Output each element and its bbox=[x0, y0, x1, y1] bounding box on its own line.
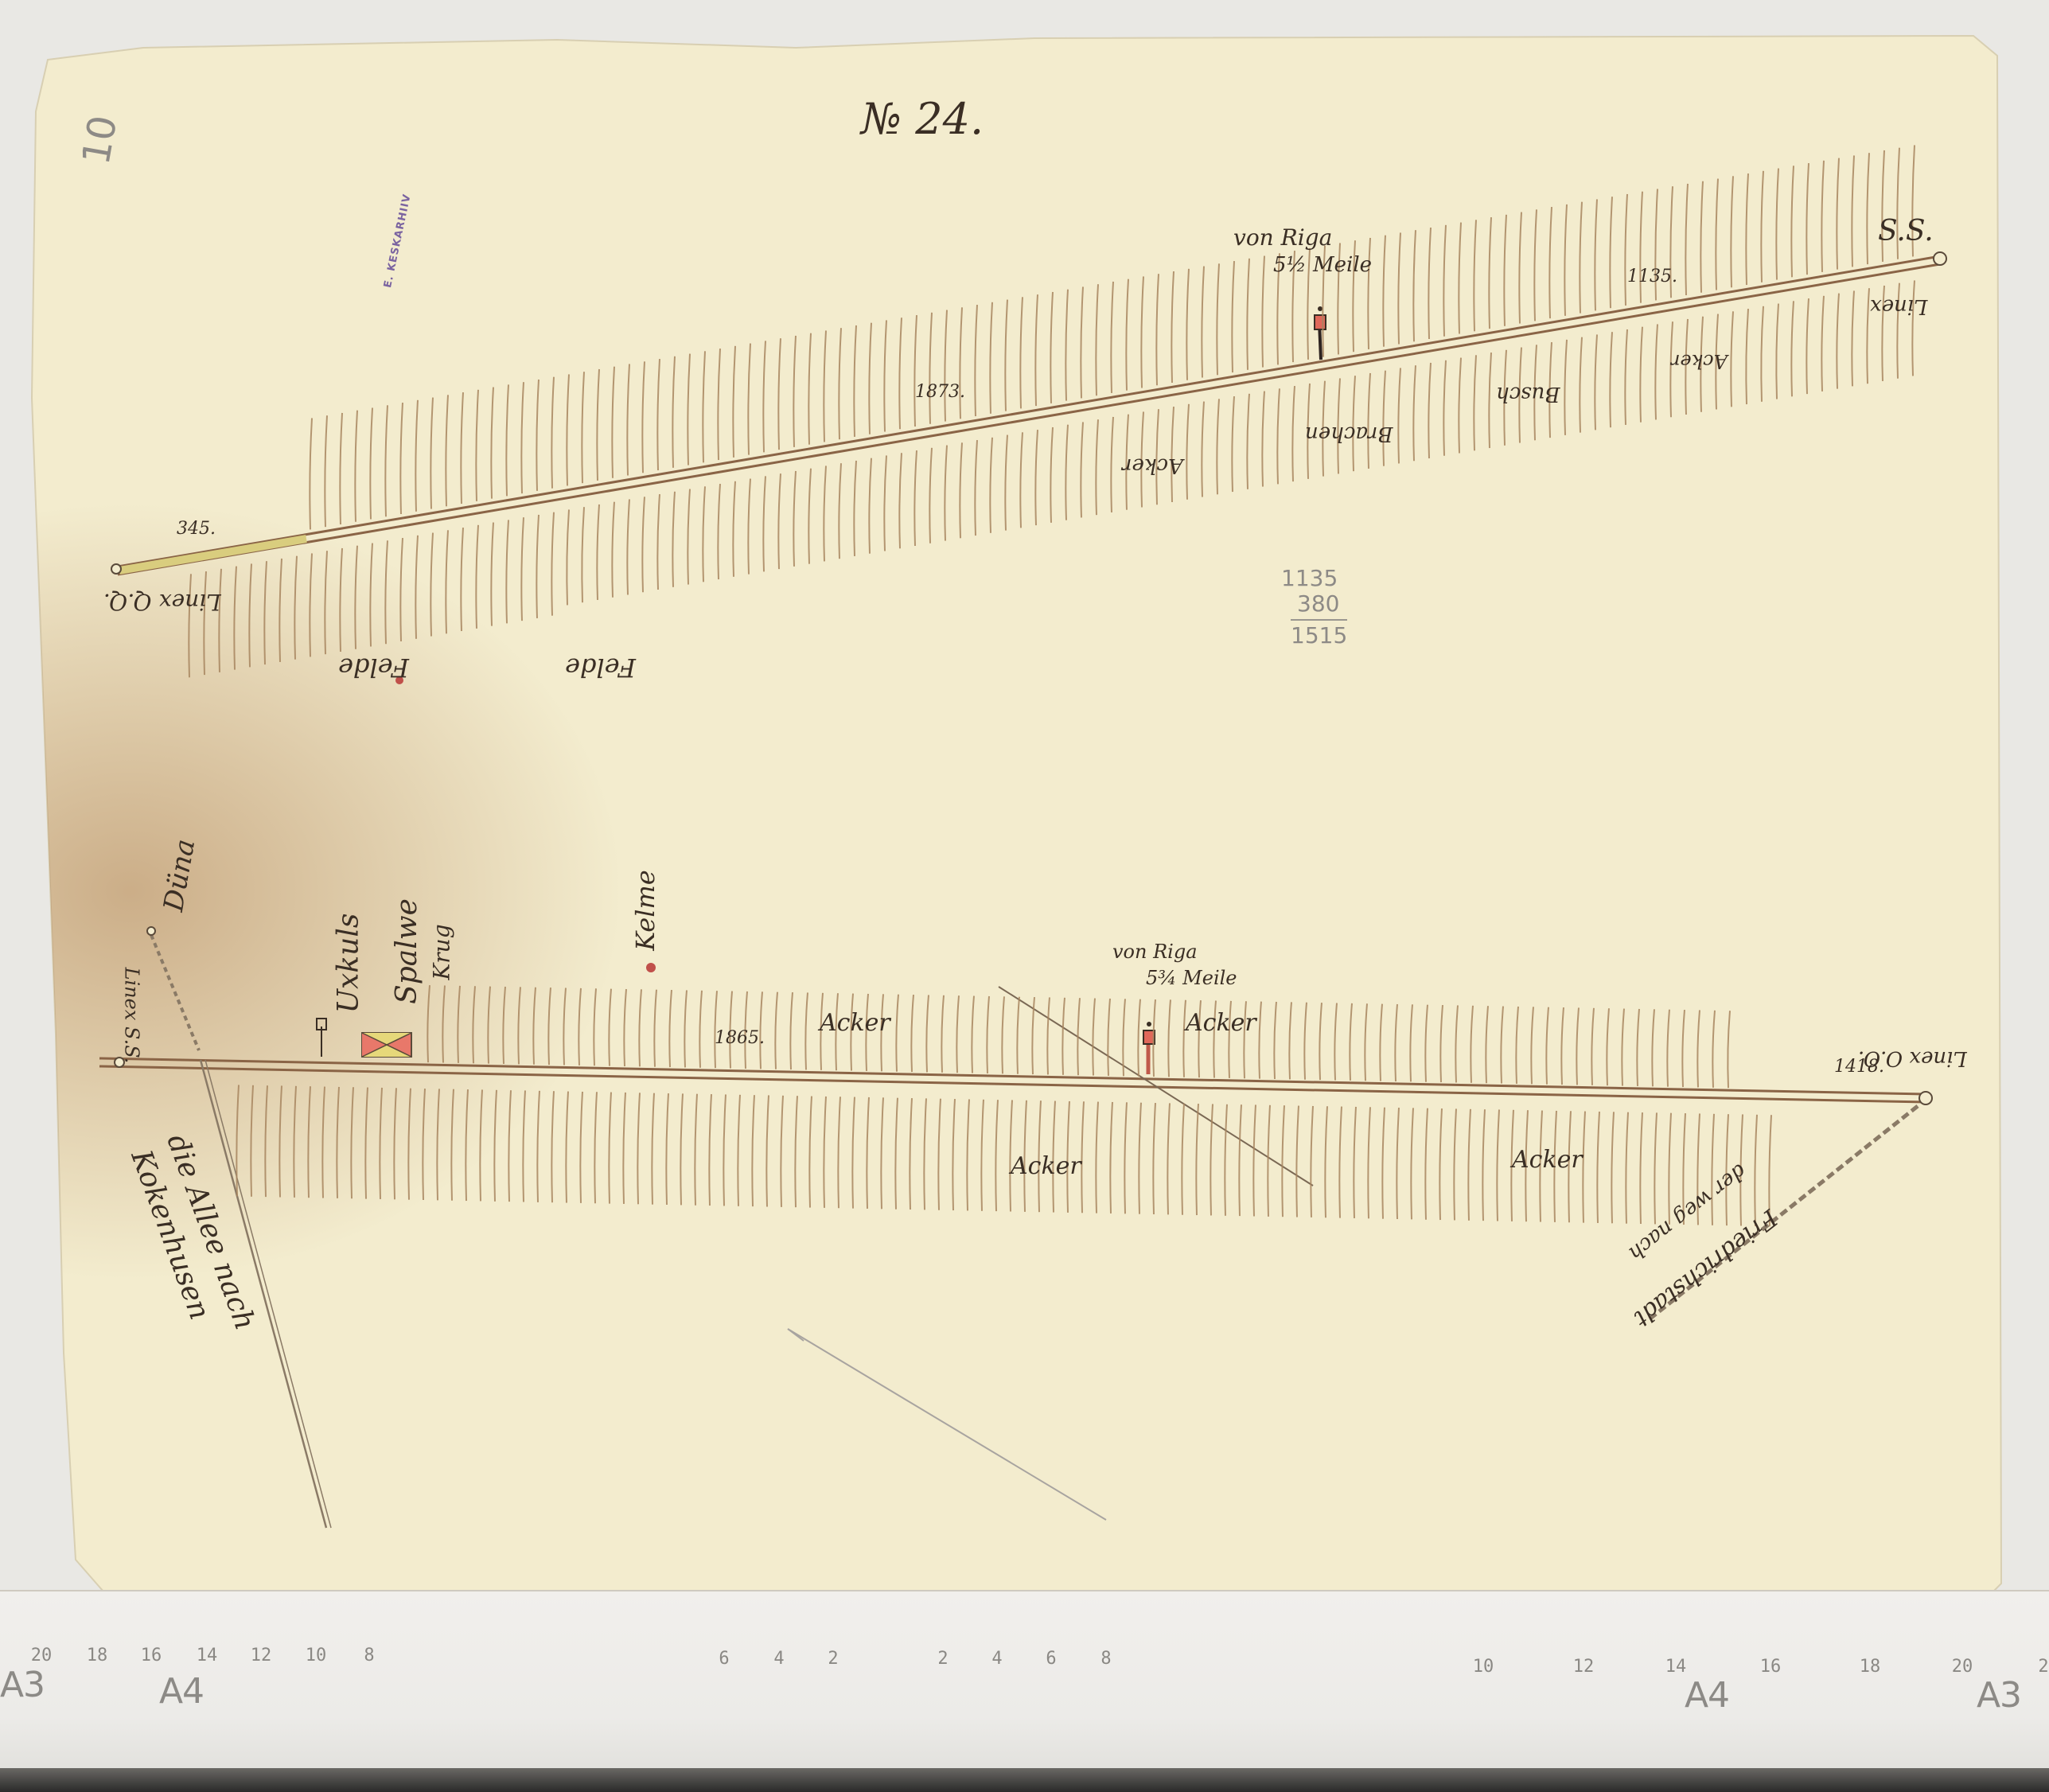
ruler-tick-label: 6 bbox=[719, 1649, 729, 1669]
upper-distance-end: 1135. bbox=[1627, 267, 1677, 286]
ruler-tick-label: 14 bbox=[197, 1646, 218, 1665]
lower-milestone-label-1: von Riga bbox=[1112, 941, 1198, 963]
ruler-tick-label: 2 bbox=[2038, 1657, 2048, 1677]
ruler-tick-label: 6 bbox=[1046, 1649, 1056, 1669]
ruler-tick-label: 18 bbox=[87, 1646, 108, 1665]
place-kelme: Kelme bbox=[630, 870, 660, 951]
lower-milestone-label-2: 5¾ Meile bbox=[1146, 967, 1237, 989]
manuscript-map bbox=[0, 0, 2049, 1792]
upper-milestone-label-2: 5½ Meile bbox=[1273, 253, 1372, 277]
upper-end-label: S.S. bbox=[1878, 215, 1934, 247]
ruler-tick-label: 20 bbox=[31, 1646, 53, 1665]
ruler-tick-label: 2 bbox=[937, 1649, 948, 1669]
ruler-tick-label: 16 bbox=[1760, 1657, 1782, 1677]
upper-side-label-2: Felde bbox=[565, 653, 636, 683]
lower-field-label-2: Acker bbox=[1186, 1009, 1256, 1037]
ruler-tick-label: 8 bbox=[364, 1646, 374, 1665]
ruler-tick-label: 12 bbox=[251, 1646, 272, 1665]
lower-field-label-4: Acker bbox=[1512, 1146, 1583, 1174]
scanner-edge bbox=[0, 1768, 2049, 1792]
upper-start-label: Linex Q.Q. bbox=[103, 589, 221, 615]
upper-milestone-label-1: von Riga bbox=[1233, 224, 1332, 251]
pencil-sum-line2: 380 bbox=[1297, 590, 1339, 617]
ruler-tick-label: 4 bbox=[773, 1649, 784, 1669]
ruler-tick-label: 16 bbox=[141, 1646, 162, 1665]
lower-distance-start: 1865. bbox=[715, 1028, 765, 1048]
ruler-tick-label: 14 bbox=[1665, 1657, 1687, 1677]
ruler-format-a3-left: A3 bbox=[0, 1665, 45, 1705]
ruler-tick-label: 2 bbox=[828, 1649, 838, 1669]
upper-side-label-1: Felde bbox=[338, 653, 409, 683]
ruler-tick-label: 8 bbox=[1100, 1649, 1111, 1669]
archive-page-number: 10 bbox=[74, 112, 127, 168]
upper-distance-mid: 1873. bbox=[915, 382, 965, 402]
kelme-point-icon bbox=[646, 963, 656, 972]
ruler-tick-label: 20 bbox=[1952, 1657, 1973, 1677]
ruler-tick-label: 18 bbox=[1860, 1657, 1881, 1677]
ruler-format-a3-right: A3 bbox=[1977, 1675, 2021, 1716]
lower-end-label: Linex O.O. bbox=[1858, 1046, 1967, 1070]
lower-field-label-1: Acker bbox=[820, 1009, 890, 1037]
pencil-sum-line1: 1135 bbox=[1281, 565, 1338, 591]
lower-field-label-3: Acker bbox=[1011, 1152, 1081, 1180]
ruler-tick-label: 10 bbox=[1473, 1657, 1494, 1677]
krug-inn-icon bbox=[362, 1033, 411, 1057]
measurement-ruler bbox=[0, 1590, 2049, 1771]
place-spalwe: Spalwe bbox=[391, 898, 423, 1004]
ruler-tick-label: 12 bbox=[1573, 1657, 1595, 1677]
upper-field-label-3: Busch bbox=[1496, 382, 1560, 406]
ruler-format-a4-right: A4 bbox=[1685, 1675, 1729, 1716]
pencil-sum-result: 1515 bbox=[1291, 619, 1347, 649]
upper-end-label-below: Linex bbox=[1870, 294, 1927, 318]
upper-field-label-1: Acker bbox=[1122, 454, 1183, 477]
document-title: № 24. bbox=[861, 94, 984, 144]
lower-start-label: Linex S.S. bbox=[120, 968, 142, 1064]
place-uxkull: Uxkuls bbox=[332, 914, 364, 1014]
place-krug: Krug bbox=[429, 924, 455, 980]
upper-distance-start: 345. bbox=[177, 519, 216, 539]
ruler-tick-label: 4 bbox=[991, 1649, 1002, 1669]
upper-field-label-4: Acker bbox=[1671, 350, 1728, 372]
ruler-format-a4-left: A4 bbox=[159, 1671, 204, 1712]
ruler-tick-label: 10 bbox=[306, 1646, 327, 1665]
upper-field-label-2: Brachen bbox=[1305, 422, 1393, 446]
